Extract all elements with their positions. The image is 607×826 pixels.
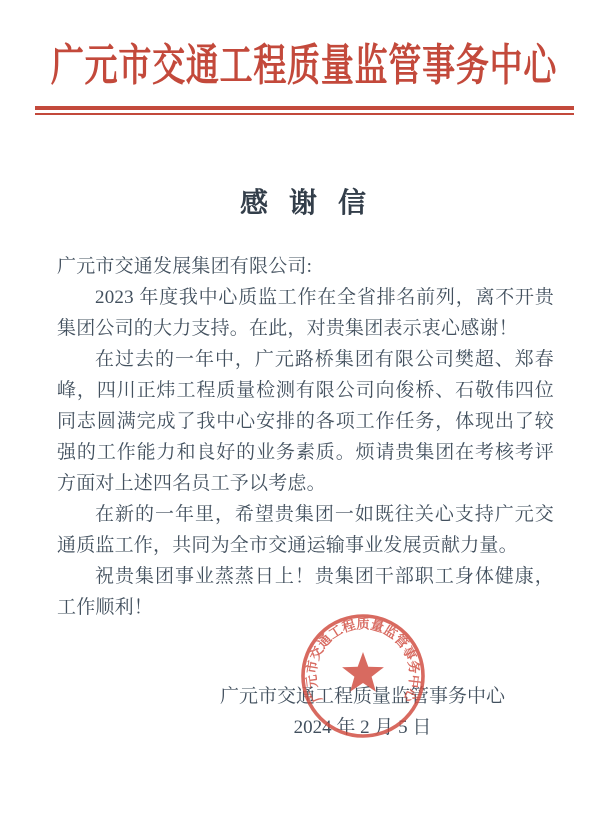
paragraph-1: 2023 年度我中心质监工作在全省排名前列，离不开贵集团公司的大力支持。在此，对… — [57, 282, 554, 344]
letterhead-divider-thick — [35, 106, 574, 110]
letterhead-title: 广元市交通工程质量监管事务中心 — [50, 42, 556, 90]
letter-body: 广元市交通发展集团有限公司: 2023 年度我中心质监工作在全省排名前列，离不开… — [57, 251, 554, 623]
signature-block: 广元市交通工程质量监管事务中心 2024 年 2 月 5 日 — [220, 681, 505, 743]
paragraph-4: 祝贵集团事业蒸蒸日上！贵集团干部职工身体健康，工作顺利！ — [57, 561, 554, 623]
letterhead-divider-thin — [35, 113, 574, 115]
paragraph-2: 在过去的一年中，广元路桥集团有限公司樊超、郑春峰，四川正炜工程质量检测有限公司向… — [57, 344, 554, 499]
signature-org: 广元市交通工程质量监管事务中心 — [220, 681, 505, 712]
letter-page: 广元市交通工程质量监管事务中心 感 谢 信 广元市交通发展集团有限公司: 202… — [0, 0, 607, 826]
paragraph-3: 在新的一年里，希望贵集团一如既往关心支持广元交通质监工作，共同为全市交通运输事业… — [57, 499, 554, 561]
letter-title: 感 谢 信 — [0, 181, 607, 221]
salutation: 广元市交通发展集团有限公司: — [57, 251, 554, 282]
signature-date: 2024 年 2 月 5 日 — [220, 712, 505, 743]
